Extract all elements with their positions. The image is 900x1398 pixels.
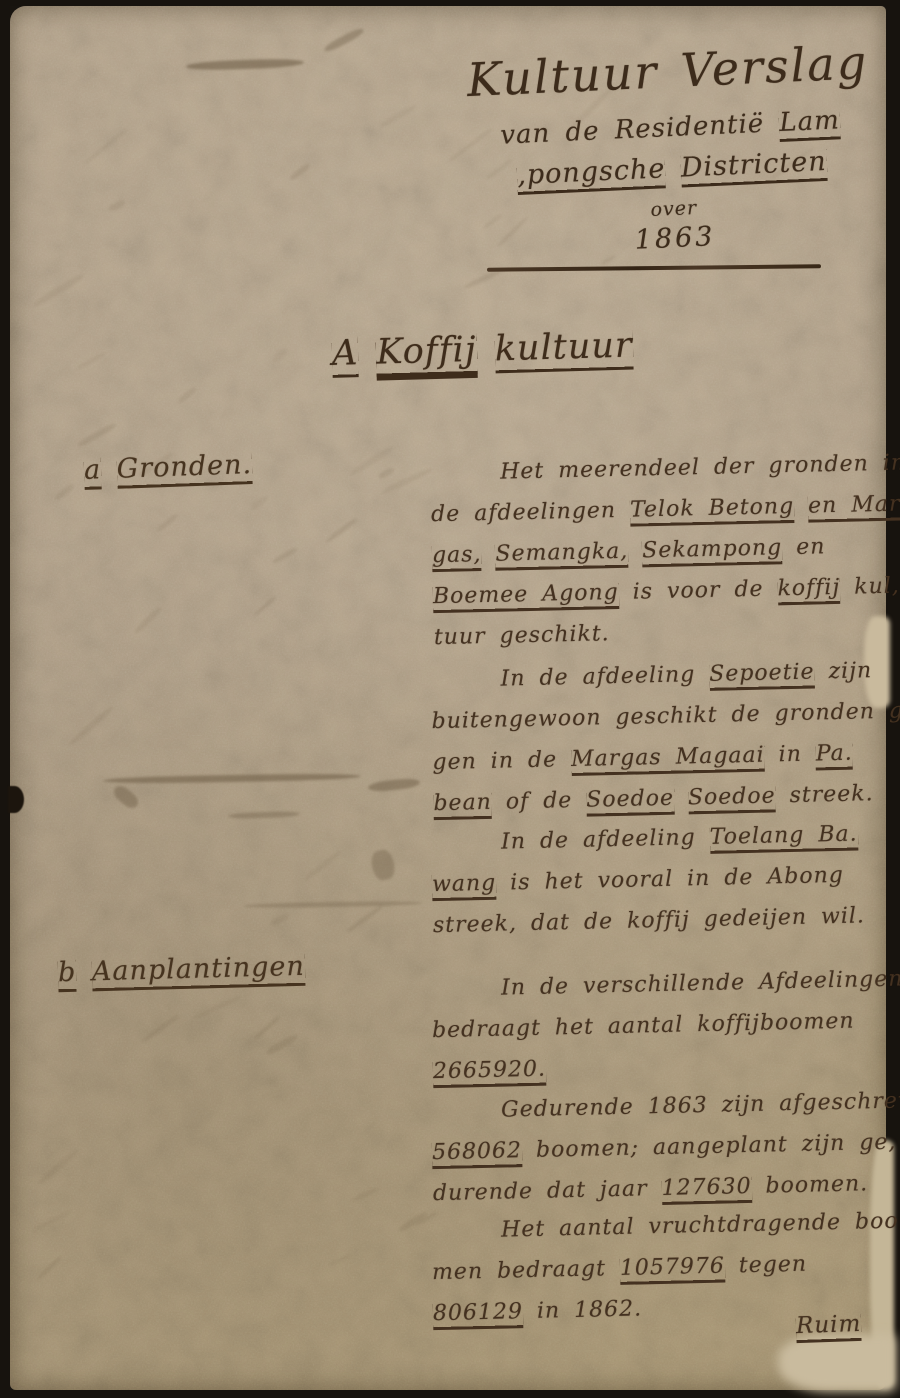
text: Kultuur Verslag <box>466 35 869 107</box>
underlined-text: en Mar <box>808 492 900 520</box>
text: is het vooral in de Abong <box>496 863 844 896</box>
text: of de <box>492 788 587 815</box>
underlined-text: Lam <box>779 105 841 139</box>
section-heading-words: A Koffij kultuur <box>331 326 633 375</box>
underlined-text: Pa. <box>816 741 854 768</box>
underlined-text: 127630 <box>661 1174 752 1202</box>
underlined-text: Sepoetie <box>709 659 815 687</box>
text: boomen; aangeplant zijn ge, <box>522 1130 897 1163</box>
text: is voor de <box>618 576 777 605</box>
text: en <box>782 534 826 560</box>
text: In de afdeeling <box>501 825 710 855</box>
text <box>101 454 118 486</box>
text: buitengewoon geschikt de gronden gele. <box>431 697 900 734</box>
underlined-text: 1057976 <box>620 1254 726 1282</box>
paragraph-gronden-3: In de afdeeling Toelang Ba. wang is het … <box>431 813 890 946</box>
underlined-text: Koffij <box>376 330 477 374</box>
paragraph-aanplantingen-2: Gedurende 1863 zijn afgeschreven 568062 … <box>431 1081 890 1214</box>
section-letter-A <box>312 338 313 372</box>
paragraph-gronden-2: In de afdeeling Sepoetie zijn buitengewo… <box>430 650 890 824</box>
paragraph-aanplantingen-1: In de verschillende Afdeelingen bedraagt… <box>431 959 890 1092</box>
underlined-text: Soedoe <box>688 783 776 811</box>
underlined-text: a <box>84 454 102 487</box>
margin-label-gronden: a Gronden. <box>84 449 253 486</box>
underlined-text: ,pongsche <box>517 153 666 192</box>
text: streek, dat de koffij gedeijen wil. <box>433 903 865 938</box>
underlined-text: Soedoe <box>586 786 674 814</box>
text: tuur geschikt. <box>434 621 610 650</box>
underlined-text: koffij <box>777 575 840 602</box>
page-corner-light-patch <box>778 1334 896 1392</box>
underlined-text: 568062 <box>432 1138 523 1166</box>
text: durende dat jaar <box>433 1176 662 1206</box>
scanned-manuscript-page: Kultuur Verslag van de Residentië Lam ,p… <box>0 0 900 1398</box>
underlined-text: Aanplantingen <box>92 951 306 989</box>
text <box>628 538 643 563</box>
underlined-text: bean <box>433 790 492 817</box>
underlined-text: kultuur <box>494 326 633 371</box>
text: in 1862. <box>523 1296 643 1324</box>
text <box>476 329 495 369</box>
text: streek. <box>775 781 874 808</box>
text: In de verschillende Afdeelingen <box>501 966 900 1000</box>
text <box>76 956 92 987</box>
underlined-text: Districten <box>680 146 827 185</box>
catchword-ruim: Ruim <box>796 1311 862 1339</box>
text <box>674 785 689 810</box>
text: men bedraagt <box>432 1256 620 1285</box>
section-heading-koffij-kultuur: A Koffij kultuur <box>312 326 634 375</box>
underlined-text: Sekampong <box>642 535 783 564</box>
underlined-text: Semangka, <box>495 539 628 568</box>
underlined-text: 806129 <box>433 1299 524 1327</box>
text: de afdeelingen <box>431 498 631 528</box>
underlined-text: wang <box>432 871 497 898</box>
underlined-text: Telok Betong <box>630 494 795 524</box>
text: 1863 <box>634 221 716 256</box>
margin-label-aanplantingen: b Aanplantingen <box>58 951 306 988</box>
text: zijn <box>814 658 872 684</box>
text: gen in de <box>432 747 571 775</box>
text: Het aantal vruchtdragende boo. <box>501 1208 900 1242</box>
text <box>665 153 682 185</box>
underlined-text: 2665920. <box>433 1057 547 1086</box>
text: in <box>764 741 816 767</box>
text: boomen. <box>751 1171 868 1199</box>
underlined-text: A <box>331 333 358 375</box>
text: In de afdeeling <box>500 662 709 692</box>
underlined-text: Ruim <box>796 1311 862 1340</box>
text: tegen <box>725 1252 808 1279</box>
text <box>481 542 496 567</box>
paragraph-gronden-1: Het meerendeel der gronden in de afdeeli… <box>430 443 891 658</box>
text: Gedurende 1863 zijn afgeschreven <box>501 1088 900 1123</box>
text: Het meerendeel der gronden in <box>500 450 900 484</box>
text <box>358 333 377 373</box>
underlined-text: Boemee Agong <box>433 580 619 610</box>
underlined-text: Margas Magaai <box>571 743 765 773</box>
underlined-text: b <box>58 957 77 989</box>
underlined-text: Toelang Ba. <box>709 822 857 851</box>
text: bedraagt het aantal koffijboomen <box>432 1009 855 1044</box>
underlined-text: Gronden. <box>116 449 252 486</box>
text <box>794 494 809 519</box>
underlined-text: gas, <box>432 542 482 569</box>
title-block: Kultuur Verslag van de Residentië Lam ,p… <box>457 31 884 266</box>
text: kul, <box>840 574 900 600</box>
